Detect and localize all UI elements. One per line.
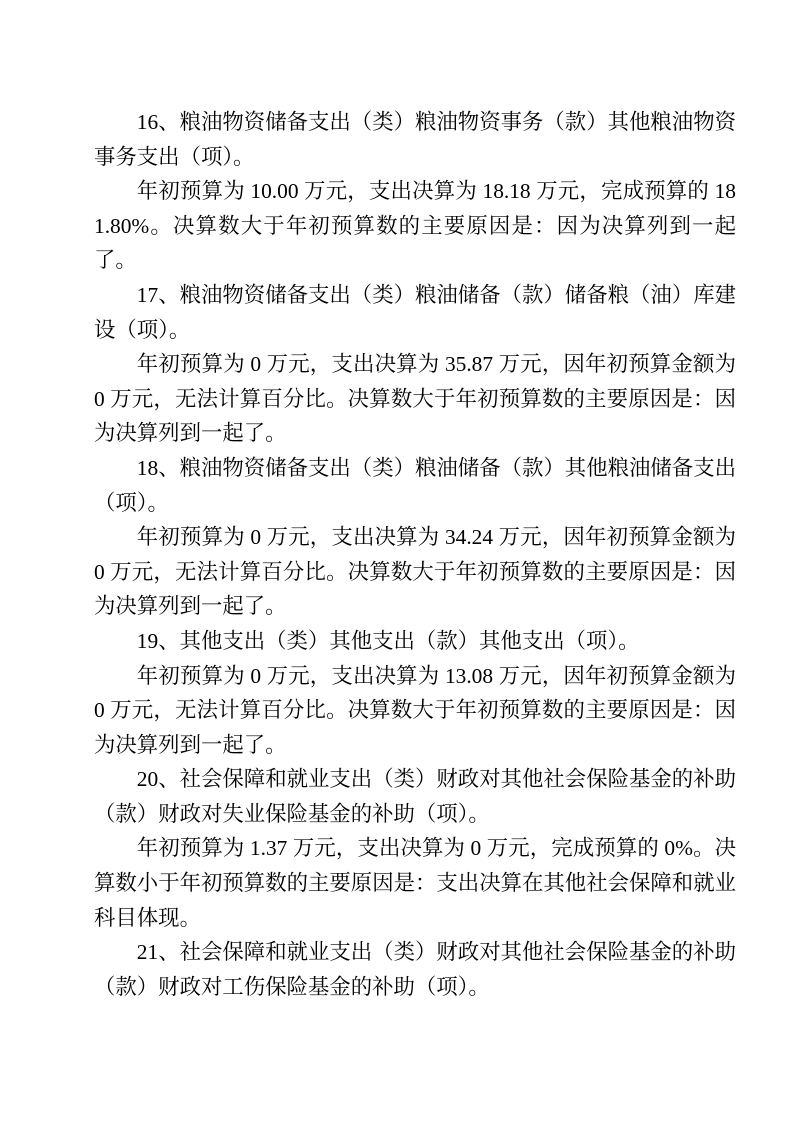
paragraph-item17-heading: 17、粮油物资储备支出（类）粮油储备（款）储备粮（油）库建设（项）。 bbox=[94, 278, 736, 347]
paragraph-item16-body: 年初预算为 10.00 万元，支出决算为 18.18 万元，完成预算的 181.… bbox=[94, 174, 736, 278]
paragraph-item20-body: 年初预算为 1.37 万元，支出决算为 0 万元，完成预算的 0%。决算数小于年… bbox=[94, 831, 736, 935]
paragraph-item17-body: 年初预算为 0 万元，支出决算为 35.87 万元，因年初预算金额为 0 万元，… bbox=[94, 347, 736, 451]
paragraph-item21-heading: 21、社会保障和就业支出（类）财政对其他社会保险基金的补助（款）财政对工伤保险基… bbox=[94, 935, 736, 1004]
paragraph-item20-heading: 20、社会保障和就业支出（类）财政对其他社会保险基金的补助（款）财政对失业保险基… bbox=[94, 762, 736, 831]
paragraph-item16-heading: 16、粮油物资储备支出（类）粮油物资事务（款）其他粮油物资事务支出（项）。 bbox=[94, 105, 736, 174]
paragraph-item18-heading: 18、粮油物资储备支出（类）粮油储备（款）其他粮油储备支出（项）。 bbox=[94, 451, 736, 520]
paragraph-item18-body: 年初预算为 0 万元，支出决算为 34.24 万元，因年初预算金额为 0 万元，… bbox=[94, 520, 736, 624]
document-text-block: 16、粮油物资储备支出（类）粮油物资事务（款）其他粮油物资事务支出（项）。 年初… bbox=[94, 105, 736, 1004]
paragraph-item19-body: 年初预算为 0 万元，支出决算为 13.08 万元，因年初预算金额为 0 万元，… bbox=[94, 659, 736, 763]
paragraph-item19-heading: 19、其他支出（类）其他支出（款）其他支出（项）。 bbox=[94, 624, 736, 659]
document-page: 16、粮油物资储备支出（类）粮油物资事务（款）其他粮油物资事务支出（项）。 年初… bbox=[0, 0, 793, 1122]
